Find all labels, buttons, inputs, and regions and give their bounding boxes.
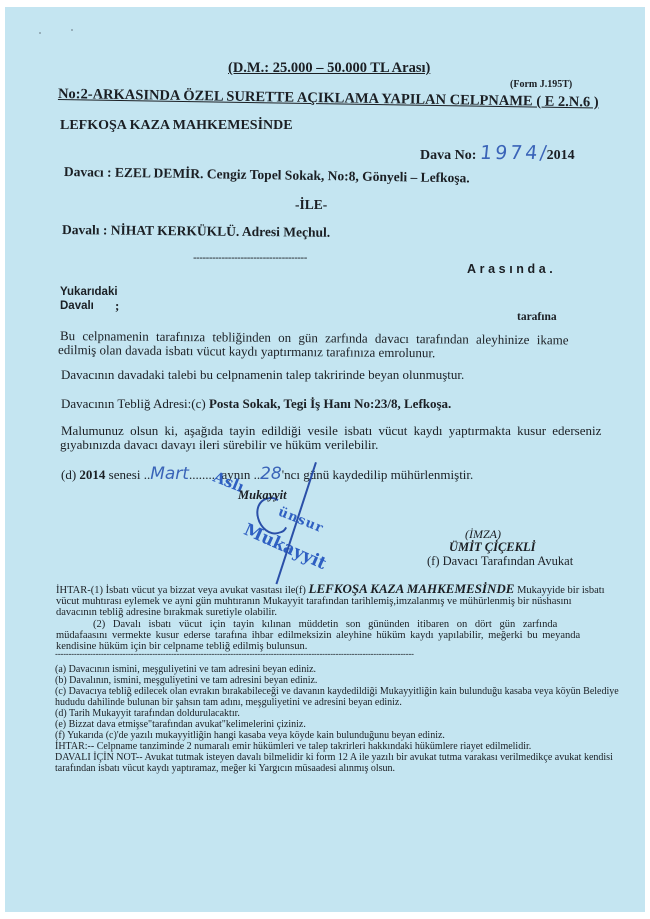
value-range-heading: (D.M.: 25.000 – 50.000 TL Arası) <box>228 60 430 77</box>
addressee-semicolon: ; <box>115 298 119 314</box>
scan-speck <box>39 32 41 34</box>
scan-speck <box>71 29 73 31</box>
warning-line-5: müdafaasını vermekte kusur ederse tarafı… <box>56 630 580 641</box>
addressee-line-2: Davalı <box>60 300 94 312</box>
lawyer-name: ÜMİT ÇİÇEKLİ <box>449 540 535 555</box>
defendant-line: Davalı : NİHAT KERKÜKLÜ. Adresi Meçhul. <box>62 222 330 241</box>
case-number: Dava No: 1974/2014 <box>420 142 575 164</box>
separator-dashes: ------------------------------------ <box>193 252 307 264</box>
registrar-stamp: Aslı ünsur Mukayyit <box>205 467 355 577</box>
body-paragraph-1-line-2: edilmiş olan davada isbatı vücut kaydı y… <box>58 342 435 361</box>
case-number-label: Dava No: <box>420 148 476 163</box>
warning-line-4: (2) Davalı isbatı vücut için tayin kılın… <box>93 619 557 630</box>
body-paragraph-3: Davacının Tebliğ Adresi:(c) Posta Sokak,… <box>61 396 451 412</box>
court-name: LEFKOŞA KAZA MAHKEMESİNDE <box>60 118 293 134</box>
form-number: (Form J.195T) <box>510 79 572 90</box>
footnote-d: (d) Tarih Mukayyit tarafından doldurulac… <box>55 708 240 719</box>
lawyer-role: (f) Davacı Tarafından Avukat <box>427 554 573 569</box>
senesi-text: senesi .. <box>105 467 150 482</box>
registration-month-handwritten: Mart <box>150 464 189 484</box>
addressee-line-1: Yukarıdaki <box>60 286 118 298</box>
notification-address: Posta Sokak, Tegi İş Hanı No:23/8, Lefko… <box>209 396 451 411</box>
footnote-ihtar: İHTAR:-- Celpname tanziminde 2 numaralı … <box>55 741 531 752</box>
footnote-f: (f) Yukarıda (c)'de yazılı mukayyitliğin… <box>55 730 445 741</box>
arasinda-label: Arasında. <box>467 262 556 276</box>
warning-text: İHTAR-(1) İsbatı vücut ya bizzat veya av… <box>56 585 309 596</box>
between-marker: -İLE- <box>295 197 327 213</box>
footnote-separator: ----------------------------------------… <box>55 649 414 659</box>
body-paragraph-4-line-2: gıyabınızda davacı davayı ileri sürebili… <box>60 437 378 453</box>
footnote-e: (e) Bizzat dava etmişse"tarafından avuka… <box>55 719 306 730</box>
warning-line-2: vücut muhtırası eylemek ve ayni gün muht… <box>56 596 572 607</box>
footnote-c-line-1: (c) Davacıya tebliğ edilecek olan evrakı… <box>55 686 619 697</box>
registrar-label: Mukayyit <box>238 488 287 503</box>
registration-year: 2014 <box>79 467 105 482</box>
footnote-b: (b) Davalının, ismini, meşguliyetini ve … <box>55 675 317 686</box>
body-paragraph-2: Davacının davadaki talebi bu celpnamenin… <box>61 367 464 383</box>
date-note-marker: (d) <box>61 467 79 482</box>
case-year: 2014 <box>547 148 575 163</box>
defendant-note-line-1: DAVALI İÇİN NOT-- Avukat tutmak isteyen … <box>55 752 613 763</box>
footnote-a: (a) Davacının ismini, meşguliyetini ve t… <box>55 664 316 675</box>
notification-address-label: Davacının Tebliğ Adresi:(c) <box>61 396 209 411</box>
defendant-note-line-2: tarafından isbatı vücut kaydı yaptıramaz… <box>55 763 395 774</box>
case-number-handwritten: 1974 <box>479 142 542 164</box>
footnote-c-line-2: hududu dahilinde bulunan bir şahsın tam … <box>55 697 402 708</box>
warning-text: Mukayyide bir isbatı <box>514 585 604 596</box>
warning-line-1: İHTAR-(1) İsbatı vücut ya bizzat veya av… <box>56 581 605 597</box>
warning-court-name: LEFKOŞA KAZA MAHKEMESİNDE <box>309 581 515 596</box>
tarafina-label: tarafına <box>517 311 557 323</box>
warning-line-3: davacının tebliğ adresine bırakmak suret… <box>56 607 277 618</box>
